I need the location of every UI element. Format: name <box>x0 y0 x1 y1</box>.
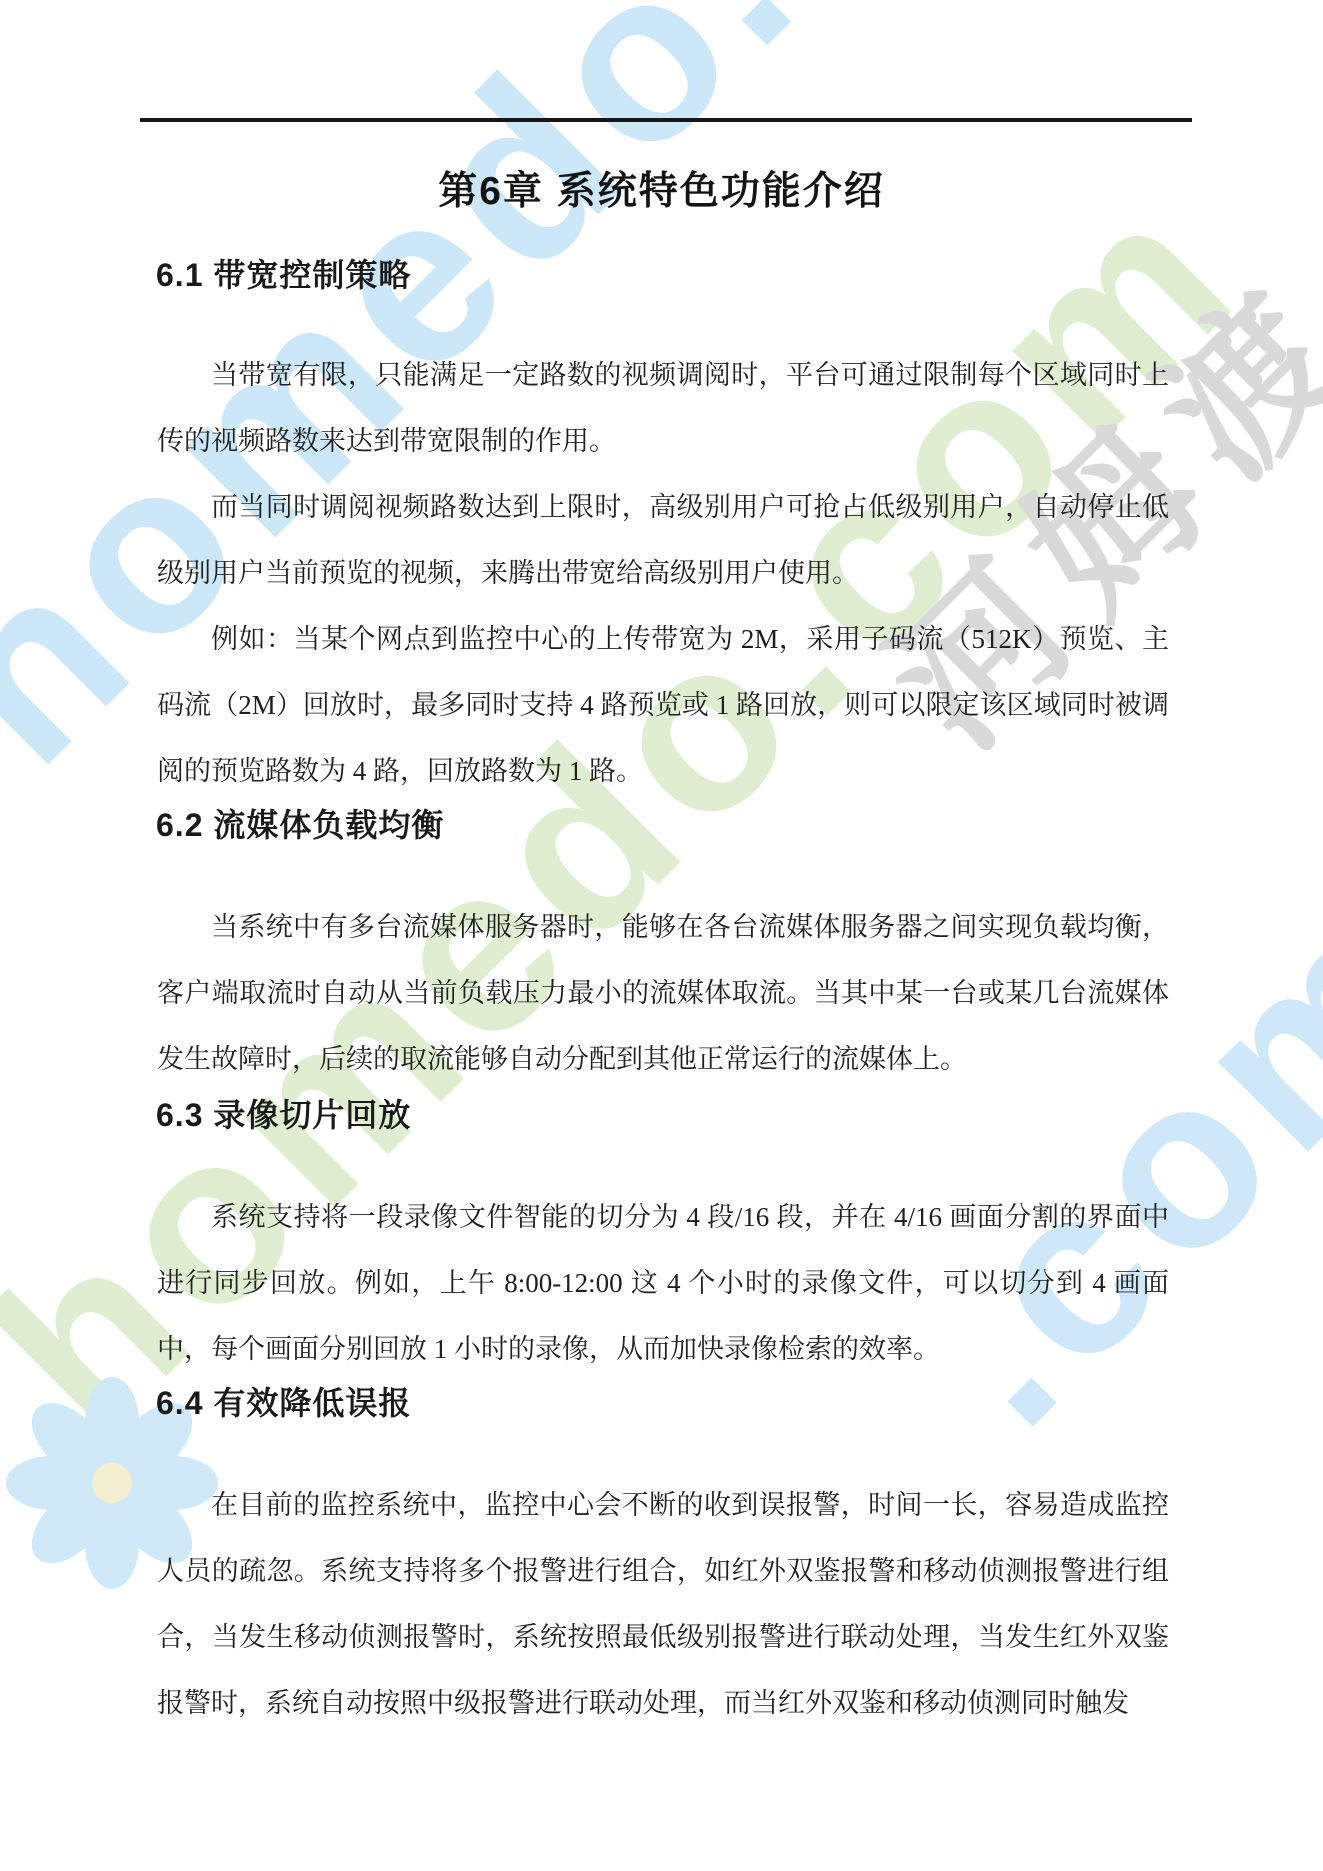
paragraph: 系统支持将一段录像文件智能的切分为 4 段/16 段，并在 4/16 画面分割的… <box>157 1184 1169 1382</box>
section-heading-6-4: 6.4 有效降低误报 <box>156 1378 411 1424</box>
section-heading-6-3: 6.3 录像切片回放 <box>156 1090 411 1136</box>
chapter-title: 第6章 系统特色功能介绍 <box>0 160 1323 216</box>
header-rule <box>140 118 1192 122</box>
document-page: homedo.com homedo.com .com 河姆渡 第6章 系统特色功… <box>0 0 1323 1871</box>
section-heading-6-1: 6.1 带宽控制策略 <box>156 250 411 296</box>
paragraph: 例如：当某个网点到监控中心的上传带宽为 2M，采用子码流（512K）预览、主码流… <box>157 606 1169 804</box>
paragraph: 而当同时调阅视频路数达到上限时，高级别用户可抢占低级别用户，自动停止低级别用户当… <box>157 474 1169 606</box>
section-heading-6-2: 6.2 流媒体负载均衡 <box>156 800 444 846</box>
paragraph: 当带宽有限，只能满足一定路数的视频调阅时，平台可通过限制每个区域同时上传的视频路… <box>157 342 1169 474</box>
paragraph: 当系统中有多台流媒体服务器时，能够在各台流媒体服务器之间实现负载均衡，客户端取流… <box>157 894 1169 1092</box>
document-content: 第6章 系统特色功能介绍 6.1 带宽控制策略 当带宽有限，只能满足一定路数的视… <box>0 0 1323 1871</box>
paragraph: 在目前的监控系统中，监控中心会不断的收到误报警，时间一长，容易造成监控人员的疏忽… <box>157 1472 1169 1736</box>
